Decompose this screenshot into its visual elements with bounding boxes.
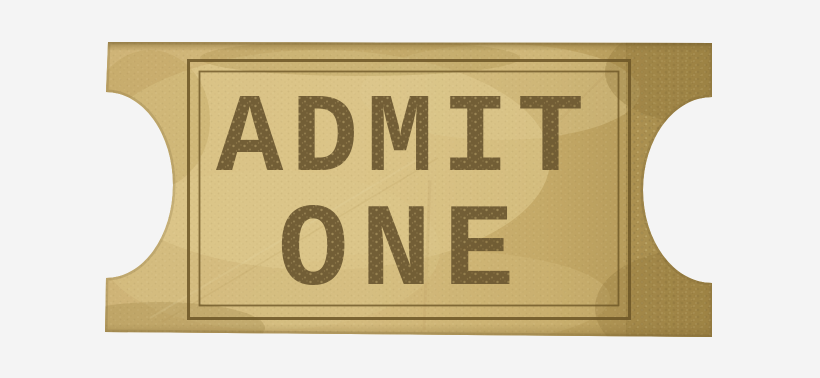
ticket-text-line2: ONE xyxy=(278,187,526,320)
admit-one-ticket: ADMIT ONE xyxy=(0,0,820,378)
ticket-text-line1: ADMIT xyxy=(216,77,592,204)
ticket-image: ADMIT ONE xyxy=(0,0,820,378)
